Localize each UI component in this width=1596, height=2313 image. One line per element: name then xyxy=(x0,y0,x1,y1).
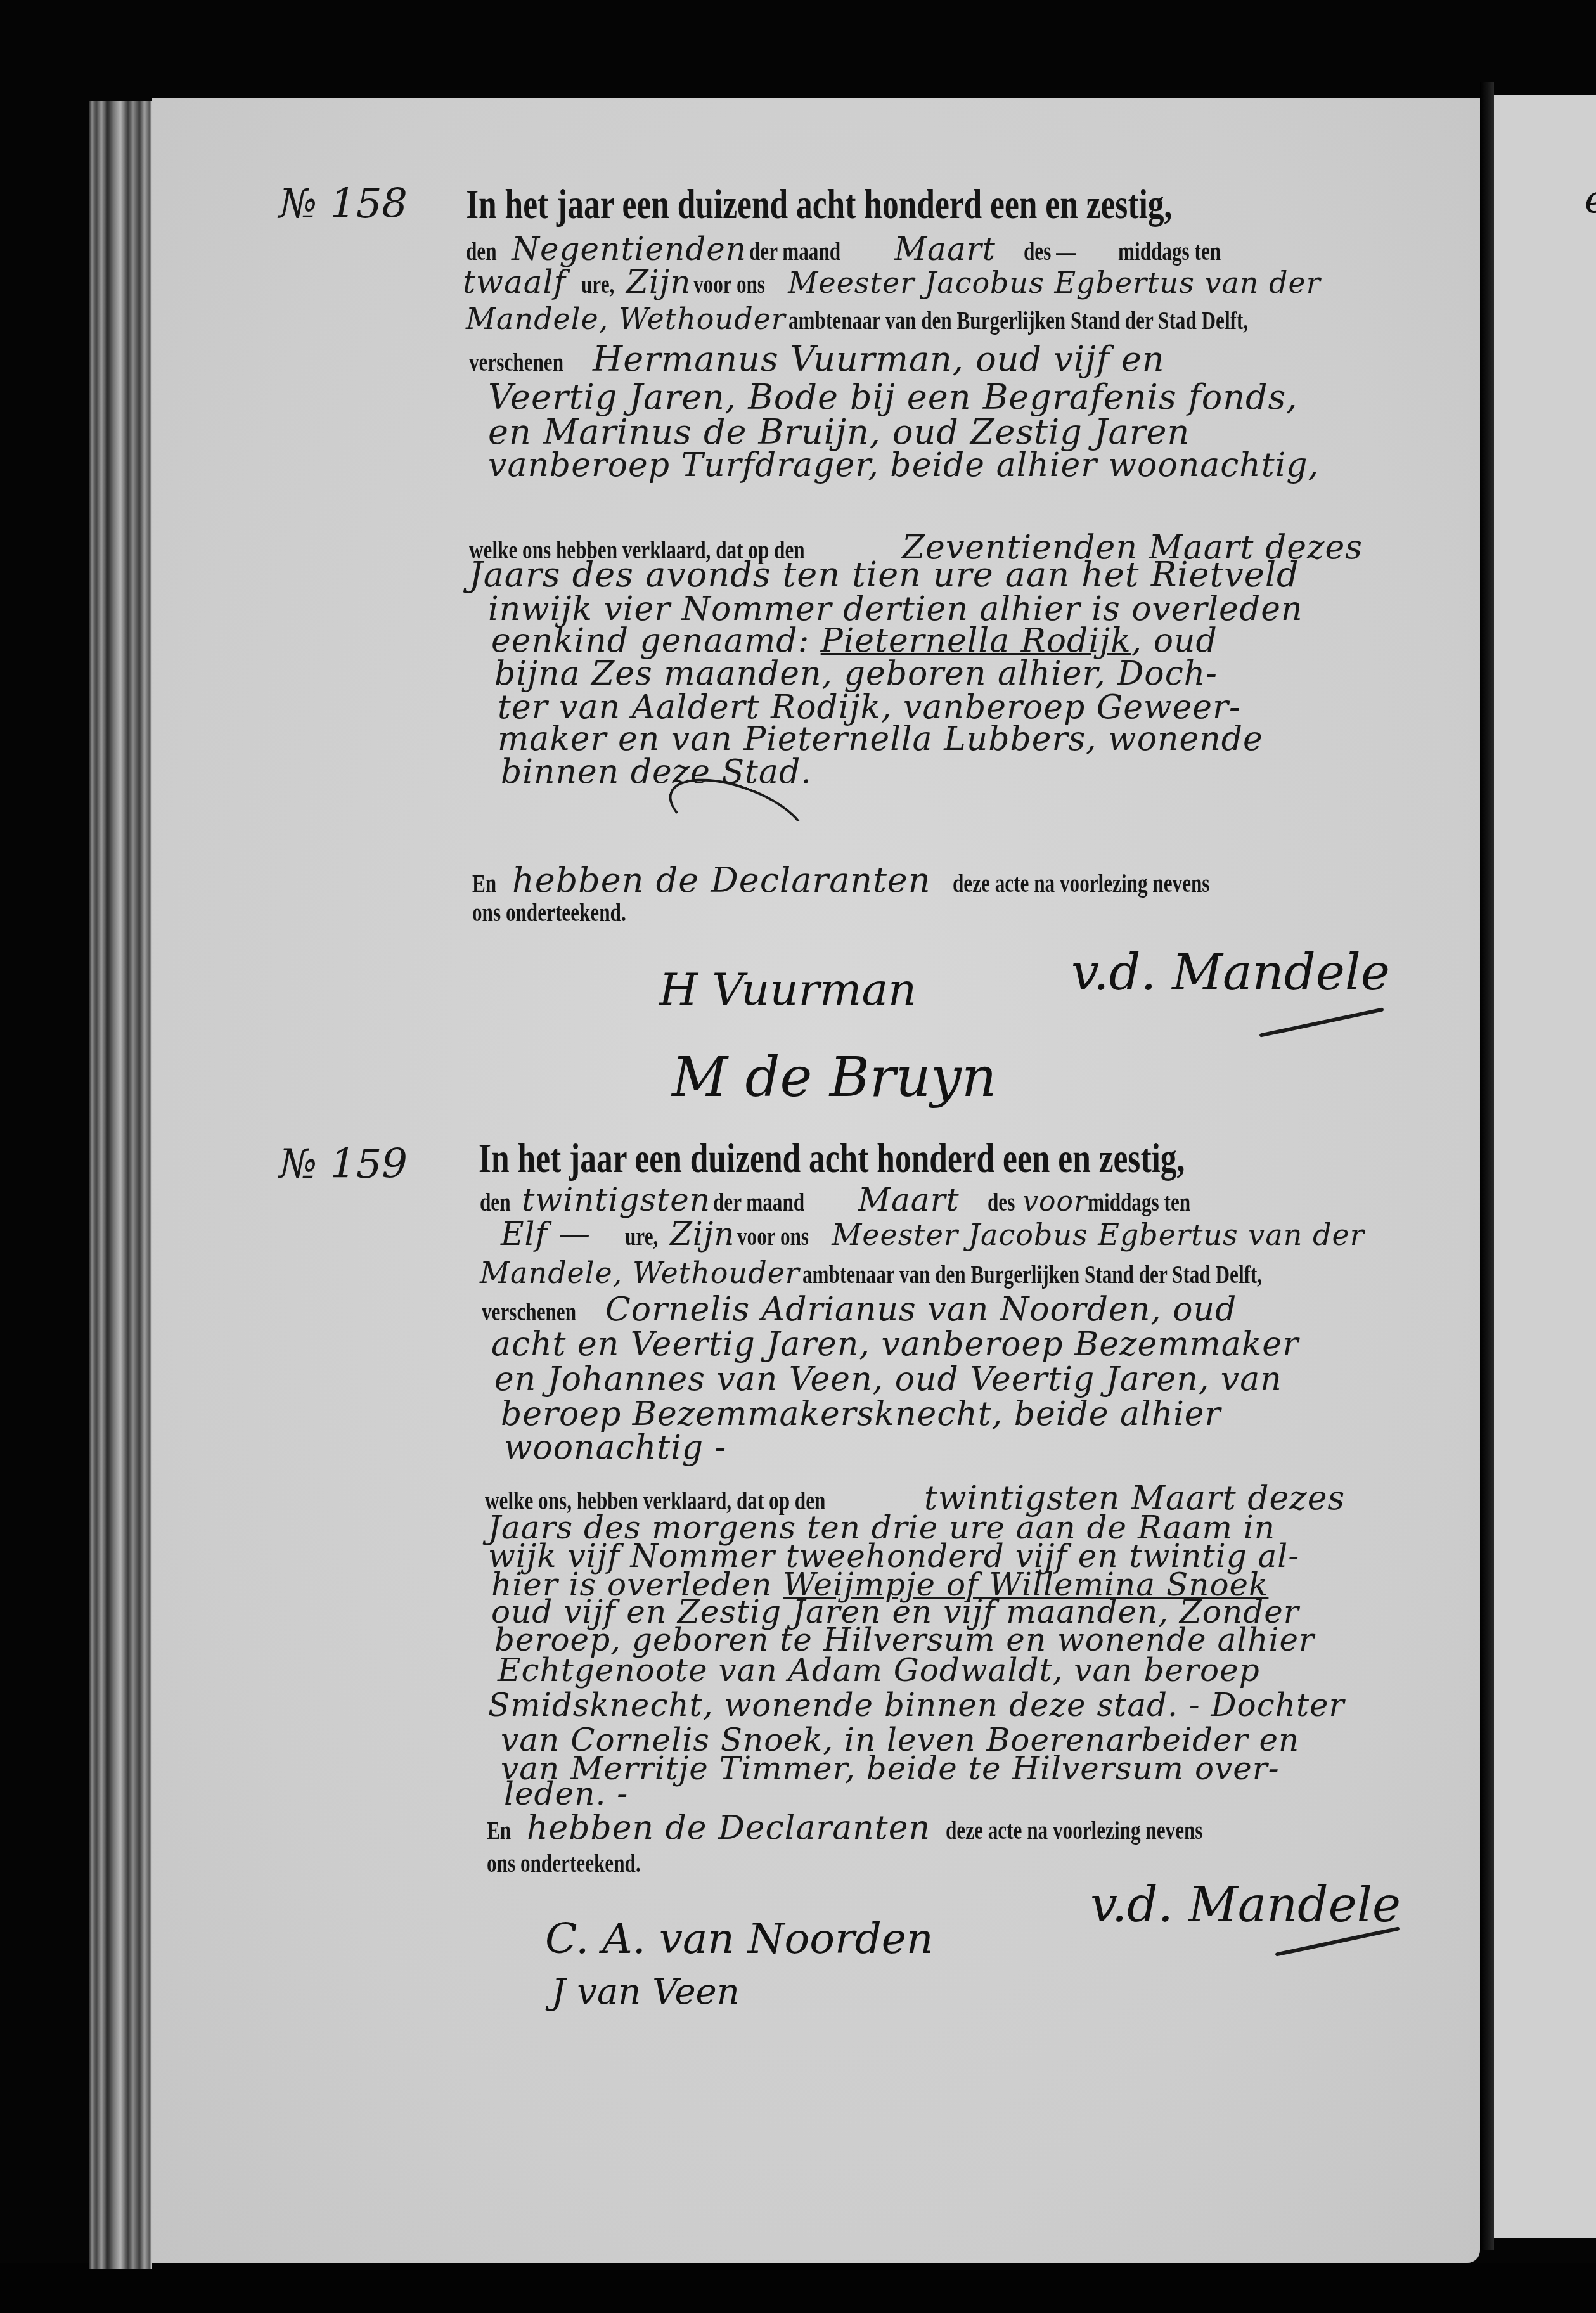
entry-158-closing-signed: ons onderteekend. xyxy=(472,900,626,925)
entry-158-text-line: Jaars des avonds ten tien ure aan het Ri… xyxy=(469,558,1299,592)
entry-158-text-line: binnen deze Stad. xyxy=(501,756,812,789)
entry-158-text-line: Veertig Jaren, Bode bij een Begrafenis f… xyxy=(488,380,1297,415)
entry-158-text-line: ter van Aaldert Rodijk, vanberoep Geweer… xyxy=(498,691,1241,724)
entry-158-text-line: maker en van Pieternella Lubbers, wonend… xyxy=(498,723,1263,756)
entry-number-159: № 159 xyxy=(279,1141,408,1188)
signature-declarant-1: H Vuurman xyxy=(659,963,917,1015)
entry-159-text-line: beroep, geboren te Hilversum en wonende … xyxy=(494,1624,1315,1656)
entry-158-heading: In het jaar een duizend acht honderd een… xyxy=(466,184,1172,226)
facing-page xyxy=(1494,95,1596,2238)
entry-158-line-appeared: verschenen Hermanus Vuurman, oud vijf en xyxy=(469,342,1165,377)
signature-declarant-1: C. A. van Noorden xyxy=(545,1914,933,1963)
entry-158-line-date: den Negentienden der maand Maart des — m… xyxy=(466,233,1250,265)
entry-159-line-official: Mandele, Wethouder ambtenaar van den Bur… xyxy=(480,1258,1392,1287)
signature-declarant-2: J van Veen xyxy=(551,1971,740,2013)
entry-159-text-line: Echtgenoote van Adam Godwaldt, van beroe… xyxy=(498,1654,1260,1686)
book-gutter xyxy=(1480,82,1494,2250)
signature-official: v.d. Mandele xyxy=(1071,944,1390,1002)
entry-159-text-line: Smidsknecht, wonende binnen deze stad. -… xyxy=(488,1689,1345,1721)
facing-page-glyph: e xyxy=(1585,177,1596,222)
entry-158-text-line-deceased: eenkind genaamd: Pieternella Rodijk, oud xyxy=(491,624,1218,657)
entry-158-text-line: bijna Zes maanden, geboren alhier, Doch- xyxy=(494,657,1218,690)
entry-158-text-line: inwijk vier Nommer dertien alhier is ove… xyxy=(488,593,1303,626)
entry-159-closing: En hebben de Declaranten deze acte na vo… xyxy=(487,1812,1275,1845)
signature-official: v.d. Mandele xyxy=(1090,1876,1401,1933)
entry-number-158: № 158 xyxy=(279,181,408,228)
entry-159-heading: In het jaar een duizend acht honderd een… xyxy=(479,1138,1185,1180)
entry-159-text-line: beroep Bezemmakersknecht, beide alhier xyxy=(501,1398,1221,1431)
page-edges-binding xyxy=(89,101,152,2269)
entry-158-text-line: vanberoep Turfdrager, beide alhier woona… xyxy=(488,449,1319,482)
entry-158-line-official: Mandele, Wethouder ambtenaar van den Bur… xyxy=(466,304,1378,333)
entry-158-closing: En hebben de Declaranten deze acte na vo… xyxy=(472,863,1282,898)
signature-declarant-2: M de Bruyn xyxy=(672,1046,996,1109)
entry-159-text-line: leden. - xyxy=(504,1778,628,1810)
entry-159-line-hour: Elf — ure, Zijn voor ons Meester Jacobus… xyxy=(501,1218,1365,1250)
entry-158-text-line: en Marinus de Bruijn, oud Zestig Jaren xyxy=(488,415,1190,449)
entry-159-text-line: acht en Veertig Jaren, vanberoep Bezemma… xyxy=(491,1328,1299,1361)
entry-159-text-line: en Johannes van Veen, oud Veertig Jaren,… xyxy=(494,1363,1282,1396)
entry-159-line-appeared: verschenen Cornelis Adrianus van Noorden… xyxy=(482,1293,1237,1326)
scan-background-bottom xyxy=(0,2263,1596,2313)
deceased-name: Pieternella Rodijk xyxy=(821,622,1131,660)
entry-159-line-date: den twintigsten der maand Maart desvoorm… xyxy=(480,1184,1220,1216)
entry-159-text-line: woonachtig - xyxy=(504,1431,726,1464)
entry-158-line-hour: twaalf ure, Zijn voor ons Meester Jacobu… xyxy=(463,266,1321,298)
entry-159-closing-signed: ons onderteekend. xyxy=(487,1851,641,1876)
